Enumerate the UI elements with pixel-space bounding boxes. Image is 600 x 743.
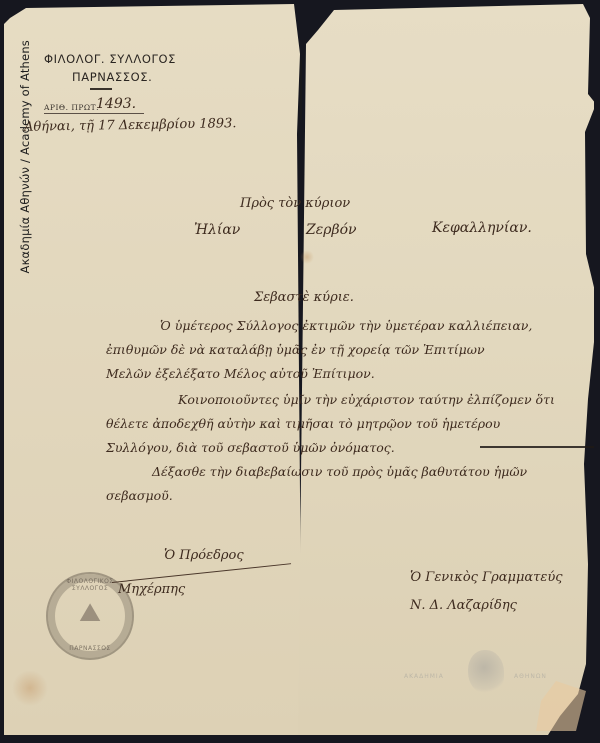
stain (12, 670, 48, 706)
body-line: Δέξασθε τὴν διαβεβαίωσιν τοῦ πρὸς ὑμᾶς β… (152, 464, 527, 479)
protocol-number: 1493. (96, 96, 136, 112)
stain (300, 250, 314, 264)
secretary-title: Ὁ Γενικὸς Γραμματεύς (410, 570, 563, 585)
recipient-to: Πρὸς τὸν κύριον (240, 196, 350, 211)
body-line: Συλλόγου, διὰ τοῦ σεβαστοῦ ὑμῶν ὀνόματος… (106, 440, 395, 455)
body-line: ἐπιθυμῶν δὲ νὰ καταλάβῃ ὑμᾶς ἐν τῇ χορεί… (106, 342, 485, 357)
letterhead-name: ΠΑΡΝΑΣΣΟΣ. (72, 70, 152, 84)
president-signature: Μηχέρπης (118, 582, 185, 597)
body-line: σεβασμοῦ. (106, 488, 173, 503)
salutation: Σεβαστὲ κύριε. (254, 290, 354, 305)
document-scan: Ακαδημία Αθηνών / Academy of Athens ΦΙΛΟ… (0, 0, 600, 743)
protocol-underline (44, 113, 144, 114)
body-line: Κοινοποιοῦντες ὑμῖν τὴν εὐχάριστον ταύτη… (178, 392, 555, 407)
letterhead-divider (90, 88, 112, 90)
body-line: θέλετε ἀποδεχθῆ αὐτὴν καὶ τιμῆσαι τὸ μητ… (106, 416, 500, 431)
recipient-first-name: Ἠλίαν (194, 222, 240, 238)
eagle-icon: ⛰ (72, 598, 108, 628)
recipient-place: Κεφαλληνίαν. (432, 220, 532, 236)
protocol-label: ΑΡΙΘ. ΠΡΩΤ. (44, 103, 99, 112)
paper-tear (300, 60, 302, 120)
recipient-surname: Ζερβόν (306, 222, 357, 238)
library-stamp-right: ΑΘΗΝΩΝ (514, 673, 547, 680)
archive-watermark: Ακαδημία Αθηνών / Academy of Athens (18, 40, 32, 273)
body-line: Μελῶν ἐξελέξατο Μέλος αὐτοῦ Ἐπίτιμον. (106, 366, 375, 381)
letterhead-society: ΦΙΛΟΛΟΓ. ΣΥΛΛΟΓΟΣ (44, 52, 176, 66)
president-title: Ὁ Πρόεδρος (164, 548, 244, 563)
paper-crease (480, 446, 594, 448)
library-stamp-left: ΑΚΑΔΗΜΙΑ (404, 673, 444, 680)
secretary-signature: Ν. Δ. Λαζαρίδης (410, 598, 517, 613)
body-line: Ὁ ὑμέτερος Σύλλογος ἐκτιμῶν τὴν ὑμετέραν… (160, 318, 532, 333)
seal-bottom-text: ΠΑΡΝΑΣΣΟΣ (48, 645, 132, 652)
athena-head-stamp-icon (468, 650, 504, 694)
